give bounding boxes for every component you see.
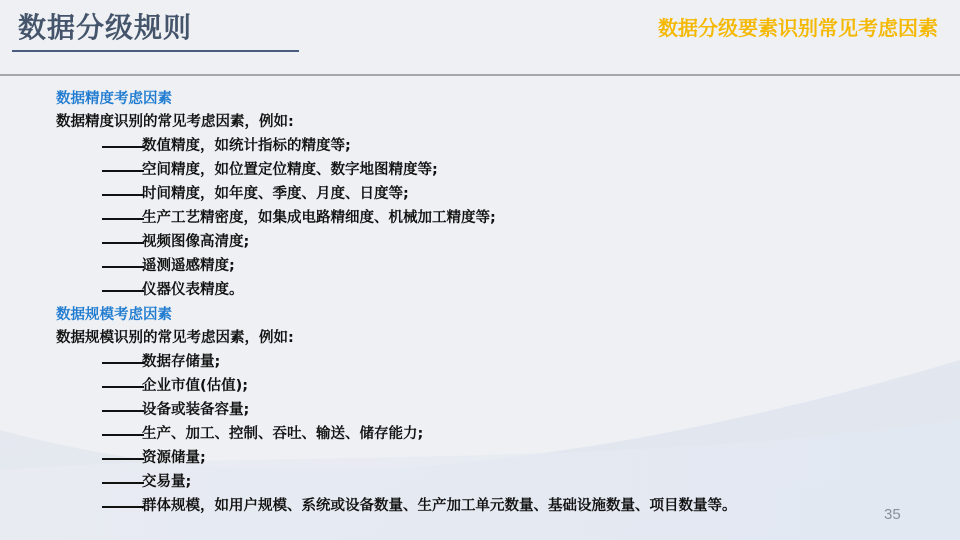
dash-icon [102, 170, 144, 172]
dash-icon [102, 266, 144, 268]
list-item: 数据存储量; [56, 350, 876, 374]
dash-icon [102, 218, 144, 220]
list-item-text: 生产、加工、控制、吞吐、输送、储存能力; [142, 426, 423, 442]
list-item-text: 生产工艺精密度，如集成电路精细度、机械加工精度等; [142, 210, 496, 226]
list-item: 视频图像高清度; [56, 230, 876, 254]
dash-icon [102, 434, 144, 436]
dash-icon [102, 242, 144, 244]
list-item-text: 仪器仪表精度。 [142, 282, 244, 298]
list-item: 生产工艺精密度，如集成电路精细度、机械加工精度等; [56, 206, 876, 230]
dash-icon [102, 386, 144, 388]
list-item: 空间精度，如位置定位精度、数字地图精度等; [56, 158, 876, 182]
list-item: 设备或装备容量; [56, 398, 876, 422]
list-item-text: 交易量; [142, 474, 191, 490]
slide-title: 数据分级规则 [18, 6, 192, 46]
list-item: 群体规模，如用户规模、系统或设备数量、生产加工单元数量、基础设施数量、项目数量等… [56, 494, 876, 518]
list-item: 资源储量; [56, 446, 876, 470]
list-item-text: 企业市值(估值); [142, 378, 248, 394]
list-item: 交易量; [56, 470, 876, 494]
section-heading-scale: 数据规模考虑因素 [56, 304, 876, 326]
dash-icon [102, 482, 144, 484]
list-item-text: 设备或装备容量; [142, 402, 249, 418]
list-item-text: 数值精度，如统计指标的精度等; [142, 138, 351, 154]
section-intro-precision: 数据精度识别的常见考虑因素，例如: [56, 110, 876, 134]
section-heading-precision: 数据精度考虑因素 [56, 88, 876, 110]
list-item: 仪器仪表精度。 [56, 278, 876, 302]
list-item: 遥测遥感精度; [56, 254, 876, 278]
header-divider [0, 74, 960, 76]
list-item-text: 时间精度，如年度、季度、月度、日度等; [142, 186, 409, 202]
list-item-text: 视频图像高清度; [142, 234, 249, 250]
list-item-text: 数据存储量; [142, 354, 220, 370]
list-item-text: 空间精度，如位置定位精度、数字地图精度等; [142, 162, 438, 178]
dash-icon [102, 410, 144, 412]
title-underline [12, 50, 299, 52]
list-item: 时间精度，如年度、季度、月度、日度等; [56, 182, 876, 206]
list-item-text: 群体规模，如用户规模、系统或设备数量、生产加工单元数量、基础设施数量、项目数量等… [142, 498, 737, 514]
list-item: 生产、加工、控制、吞吐、输送、储存能力; [56, 422, 876, 446]
dash-icon [102, 290, 144, 292]
slide-subtitle: 数据分级要素识别常见考虑因素 [658, 12, 938, 41]
list-item: 数值精度，如统计指标的精度等; [56, 134, 876, 158]
list-item-text: 遥测遥感精度; [142, 258, 235, 274]
list-item-text: 资源储量; [142, 450, 206, 466]
list-item: 企业市值(估值); [56, 374, 876, 398]
dash-icon [102, 506, 144, 508]
dash-icon [102, 194, 144, 196]
dash-icon [102, 458, 144, 460]
section-intro-scale: 数据规模识别的常见考虑因素，例如: [56, 326, 876, 350]
slide-content: 数据精度考虑因素 数据精度识别的常见考虑因素，例如: 数值精度，如统计指标的精度… [56, 88, 876, 518]
dash-icon [102, 362, 144, 364]
page-number: 35 [884, 506, 901, 523]
dash-icon [102, 146, 144, 148]
